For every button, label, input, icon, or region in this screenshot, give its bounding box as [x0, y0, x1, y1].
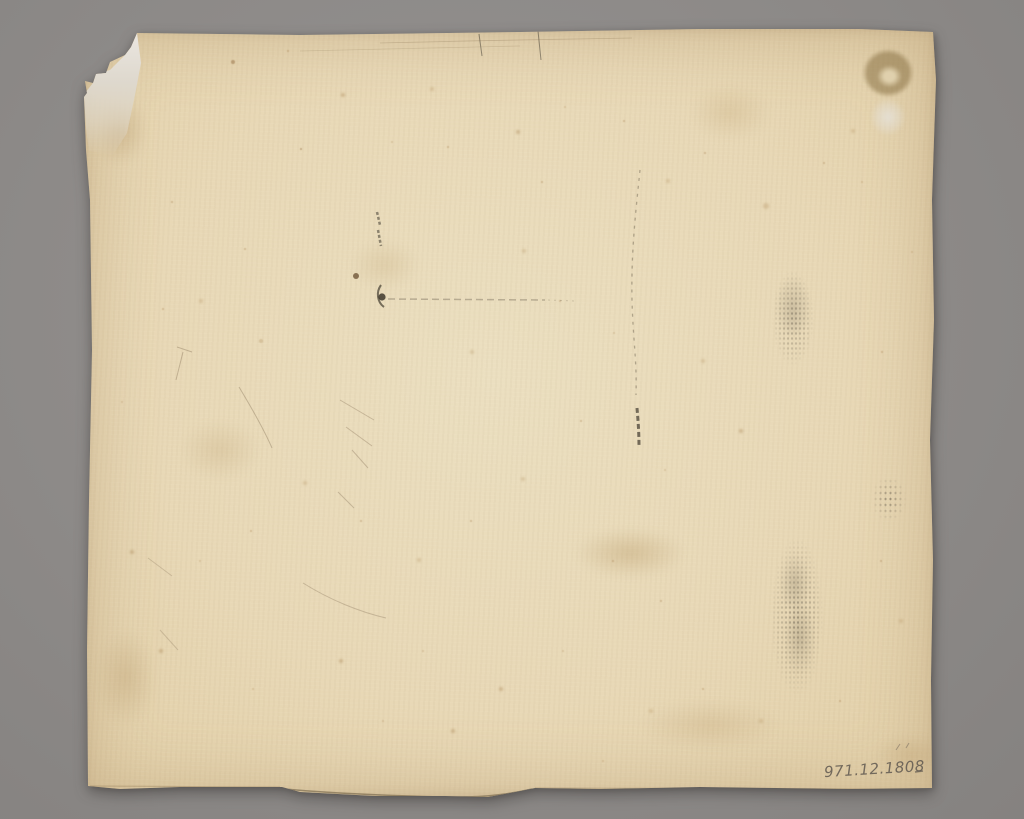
- offset-and-sketch-marks: [0, 0, 1024, 819]
- foxing-spots: [0, 0, 4, 4]
- paper-shadow-wrap: 971.12.1808: [0, 0, 1024, 819]
- paper-sheet-verso: 971.12.1808: [0, 0, 1024, 819]
- photo-backdrop: 971.12.1808: [0, 0, 1024, 819]
